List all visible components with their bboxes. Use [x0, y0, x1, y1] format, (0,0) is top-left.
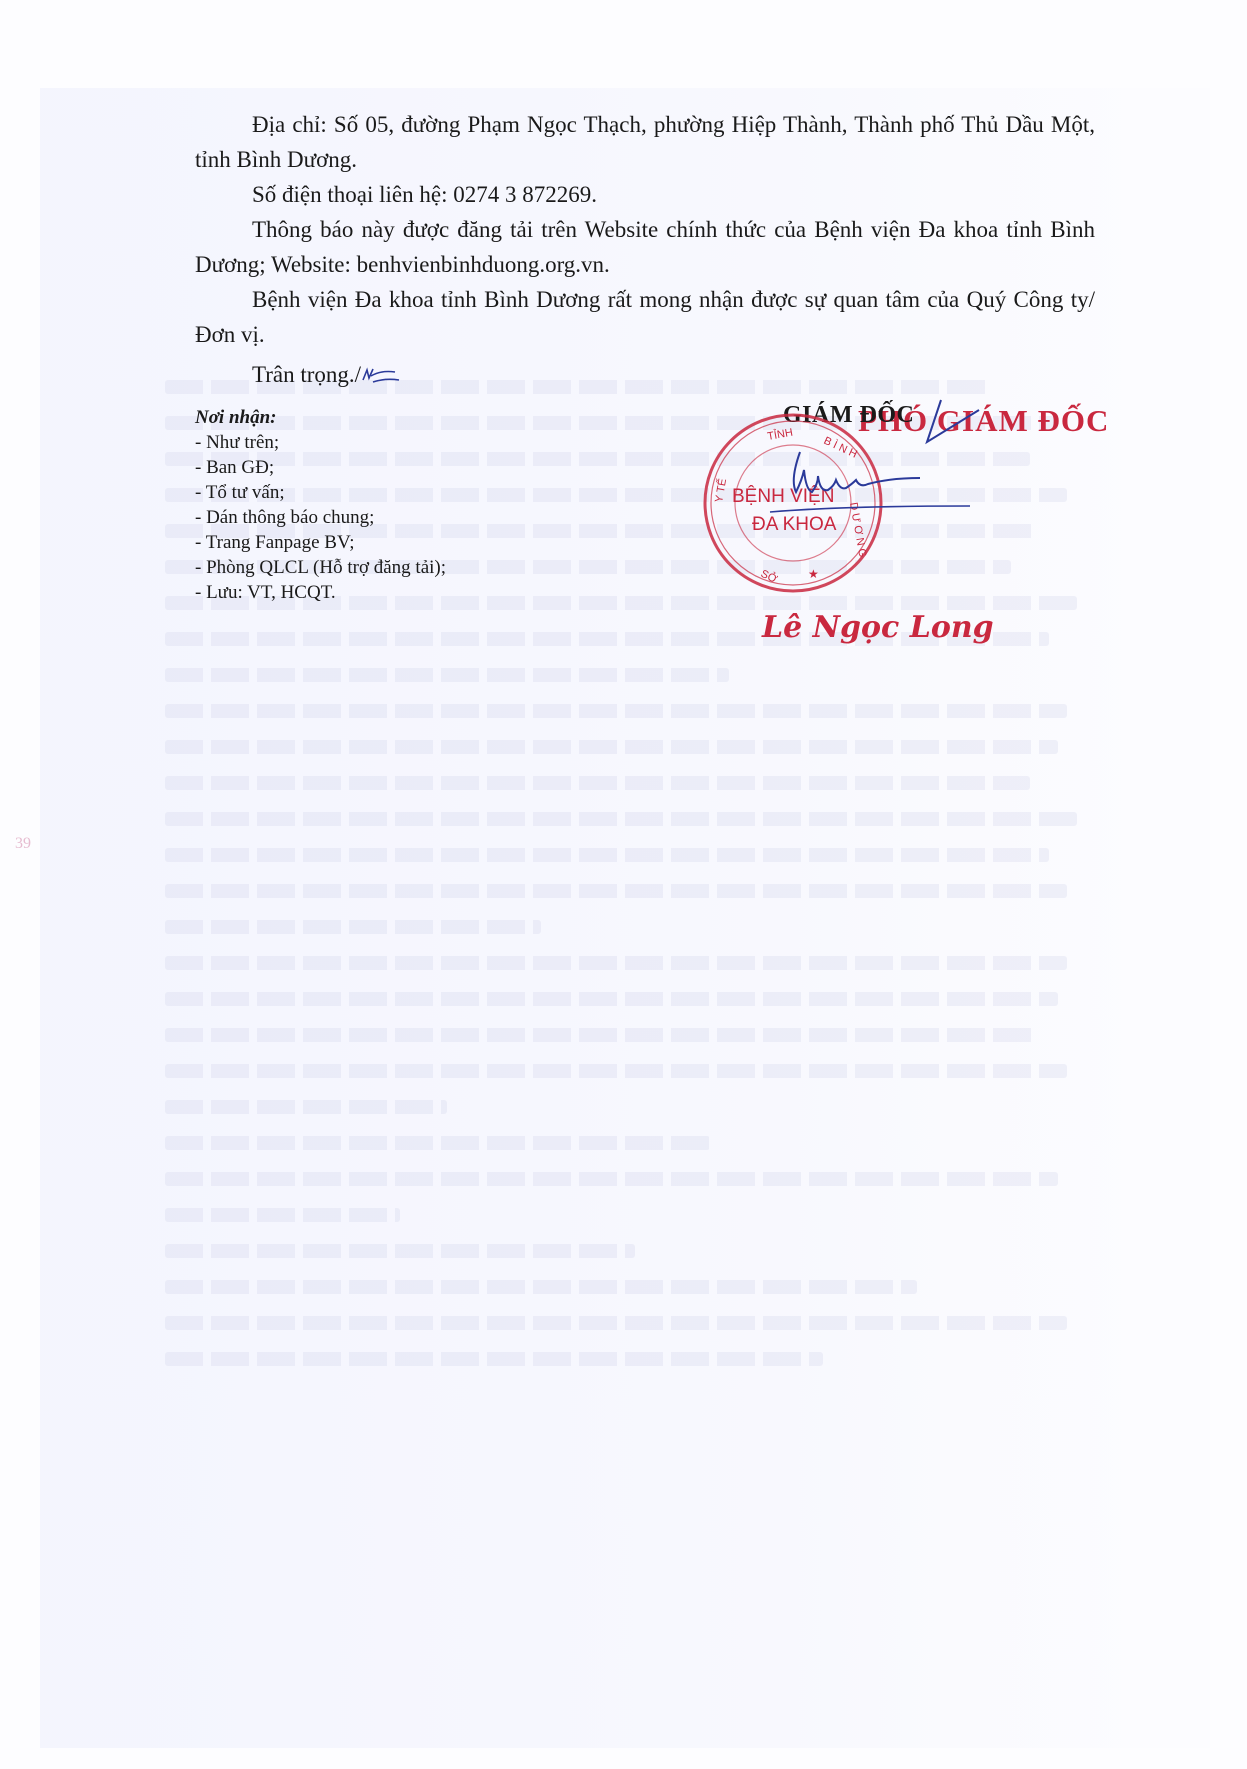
recipient-item: - Trang Fanpage BV; [195, 530, 446, 555]
recipient-item: - Dán thông báo chung; [195, 505, 446, 530]
closing-line: Trân trọng./ [252, 362, 401, 388]
margin-mark: 39 [15, 835, 31, 853]
phone-paragraph: Số điện thoại liên hệ: 0274 3 872269. [195, 177, 1095, 212]
recipients-list: Nơi nhận: - Như trên; - Ban GĐ; - Tổ tư … [195, 405, 446, 605]
recipient-item: - Như trên; [195, 430, 446, 455]
recipient-item: - Tổ tư vấn; [195, 480, 446, 505]
address-paragraph: Địa chỉ: Số 05, đường Phạm Ngọc Thạch, p… [195, 107, 1095, 177]
svg-text:Y TẾ: Y TẾ [712, 478, 729, 504]
svg-text:★: ★ [808, 567, 819, 581]
recipient-item: - Phòng QLCL (Hỗ trợ đăng tải); [195, 555, 446, 580]
handwritten-signature [760, 440, 985, 540]
recipient-item: - Ban GĐ; [195, 455, 446, 480]
signer-name: Lê Ngọc Long [762, 610, 994, 645]
recipient-item: - Lưu: VT, HCQT. [195, 580, 446, 605]
closing-request-paragraph: Bệnh viện Đa khoa tỉnh Bình Dương rất mo… [195, 282, 1095, 352]
recipients-heading: Nơi nhận: [195, 405, 446, 430]
document-body: Địa chỉ: Số 05, đường Phạm Ngọc Thạch, p… [195, 107, 1095, 352]
initial-mark-icon [361, 366, 401, 386]
website-paragraph: Thông báo này được đăng tải trên Website… [195, 212, 1095, 282]
closing-text: Trân trọng./ [252, 362, 361, 387]
